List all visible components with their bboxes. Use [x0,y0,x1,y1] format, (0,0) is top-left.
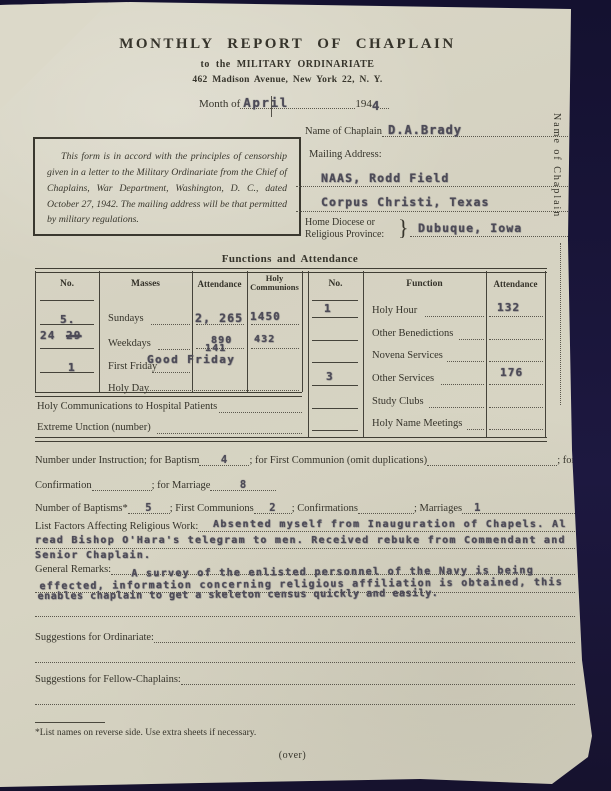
footnote-rule [35,722,105,723]
suggestions-fellow-label: Suggestions for Fellow-Chaplains: [35,674,181,687]
suggestions-fellow-line: Suggestions for Fellow-Chaplains: [35,674,575,687]
scanned-document: MONTHLY REPORT OF CHAPLAIN to the MILITA… [0,0,611,791]
remarks-typed-3: enables chaplain to get a skeleton censu… [38,588,439,602]
footnote-text: *List names on reverse side. Use extra s… [35,728,256,738]
dotted-line [154,641,575,643]
paper-page: MONTHLY REPORT OF CHAPLAIN to the MILITA… [0,0,611,791]
dotted-line [35,704,575,705]
dotted-line [181,683,575,685]
suggestions-ordinariate-label: Suggestions for Ordinariate: [35,632,154,645]
dotted-line [35,662,575,663]
suggestions-ordinariate-line: Suggestions for Ordinariate: [35,632,575,645]
over-label: (over) [35,750,550,761]
remarks-typed-block: A survey of the enlisted personnel of th… [0,0,611,791]
